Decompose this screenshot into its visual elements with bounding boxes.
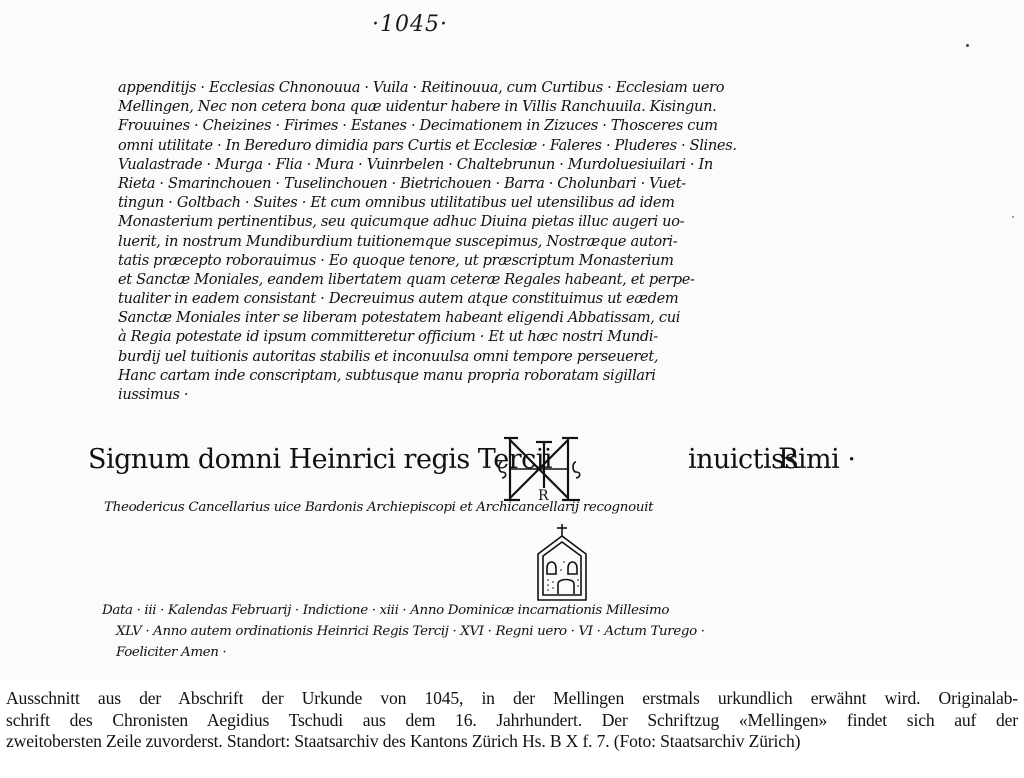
manuscript-line: omni utilitate · In Bereduro dimidia par… (118, 136, 918, 155)
dating-line: Foeliciter Amen · (102, 642, 922, 663)
royal-monogram-icon: R (498, 432, 590, 506)
manuscript-line: tingun · Goltbach · Suites · Et cum omni… (118, 193, 918, 212)
caption-line: zweitobersten Zeile zuvorderst. Standort… (6, 731, 1018, 753)
manuscript-scan: ·1045· appenditijs · Ecclesias Chnonouua… (0, 0, 1024, 680)
signum-text: Signum domni Heinrici regis Tercii (88, 444, 552, 475)
signum-line: Signum domni Heinrici regis Tercii R inu… (88, 436, 848, 496)
caption-line: schrift des Chronisten Aegidius Tschudi … (6, 710, 1018, 732)
charter-body-text: appenditijs · Ecclesias Chnonouua · Vuil… (118, 78, 918, 404)
figure-caption: Ausschnitt aus der Abschrift der Urkunde… (6, 688, 1018, 753)
manuscript-line: Monasterium pertinentibus, seu quicumque… (118, 212, 918, 231)
manuscript-line: Vualastrade · Murga · Flia · Mura · Vuin… (118, 155, 918, 174)
scan-speck (1012, 216, 1014, 218)
manuscript-line: Sanctæ Moniales inter se liberam potesta… (118, 308, 918, 327)
signum-text-continued: inuictissimi · (688, 444, 855, 475)
manuscript-line-mellingen: Mellingen, Nec non cetera bona quæ uiden… (118, 97, 918, 116)
manuscript-line: Hanc cartam inde conscriptam, subtusque … (118, 366, 918, 385)
manuscript-line: burdij uel tuitionis autoritas stabilis … (118, 347, 918, 366)
dating-line: Data · iii · Kalendas Februarij · Indict… (102, 600, 922, 621)
manuscript-line: appenditijs · Ecclesias Chnonouua · Vuil… (118, 78, 918, 97)
manuscript-line: et Sanctæ Moniales, eandem libertatem qu… (118, 270, 918, 289)
scan-speck (966, 44, 969, 47)
folio-number: ·1045· (372, 12, 448, 37)
manuscript-line: tualiter in eadem consistant · Decreuimu… (118, 289, 918, 308)
dating-clause: Data · iii · Kalendas Februarij · Indict… (102, 600, 922, 663)
recognition-mark: R (778, 442, 799, 475)
manuscript-line: à Regia potestate id ipsum committeretur… (118, 327, 918, 346)
dating-line: XLV · Anno autem ordinationis Heinrici R… (102, 621, 922, 642)
manuscript-line: Rieta · Smarinchouen · Tuselinchouen · B… (118, 174, 918, 193)
manuscript-line: luerit, in nostrum Mundiburdium tuitione… (118, 232, 918, 251)
manuscript-line: tatis præcepto roborauimus · Eo quoque t… (118, 251, 918, 270)
caption-line: Ausschnitt aus der Abschrift der Urkunde… (6, 688, 1018, 710)
manuscript-line: Frouuines · Cheizines · Firimes · Estane… (118, 116, 918, 135)
church-seal-icon (534, 522, 590, 602)
manuscript-line: iussimus · (118, 385, 918, 404)
recognition-line: Theodericus Cancellarius uice Bardonis A… (104, 500, 653, 515)
